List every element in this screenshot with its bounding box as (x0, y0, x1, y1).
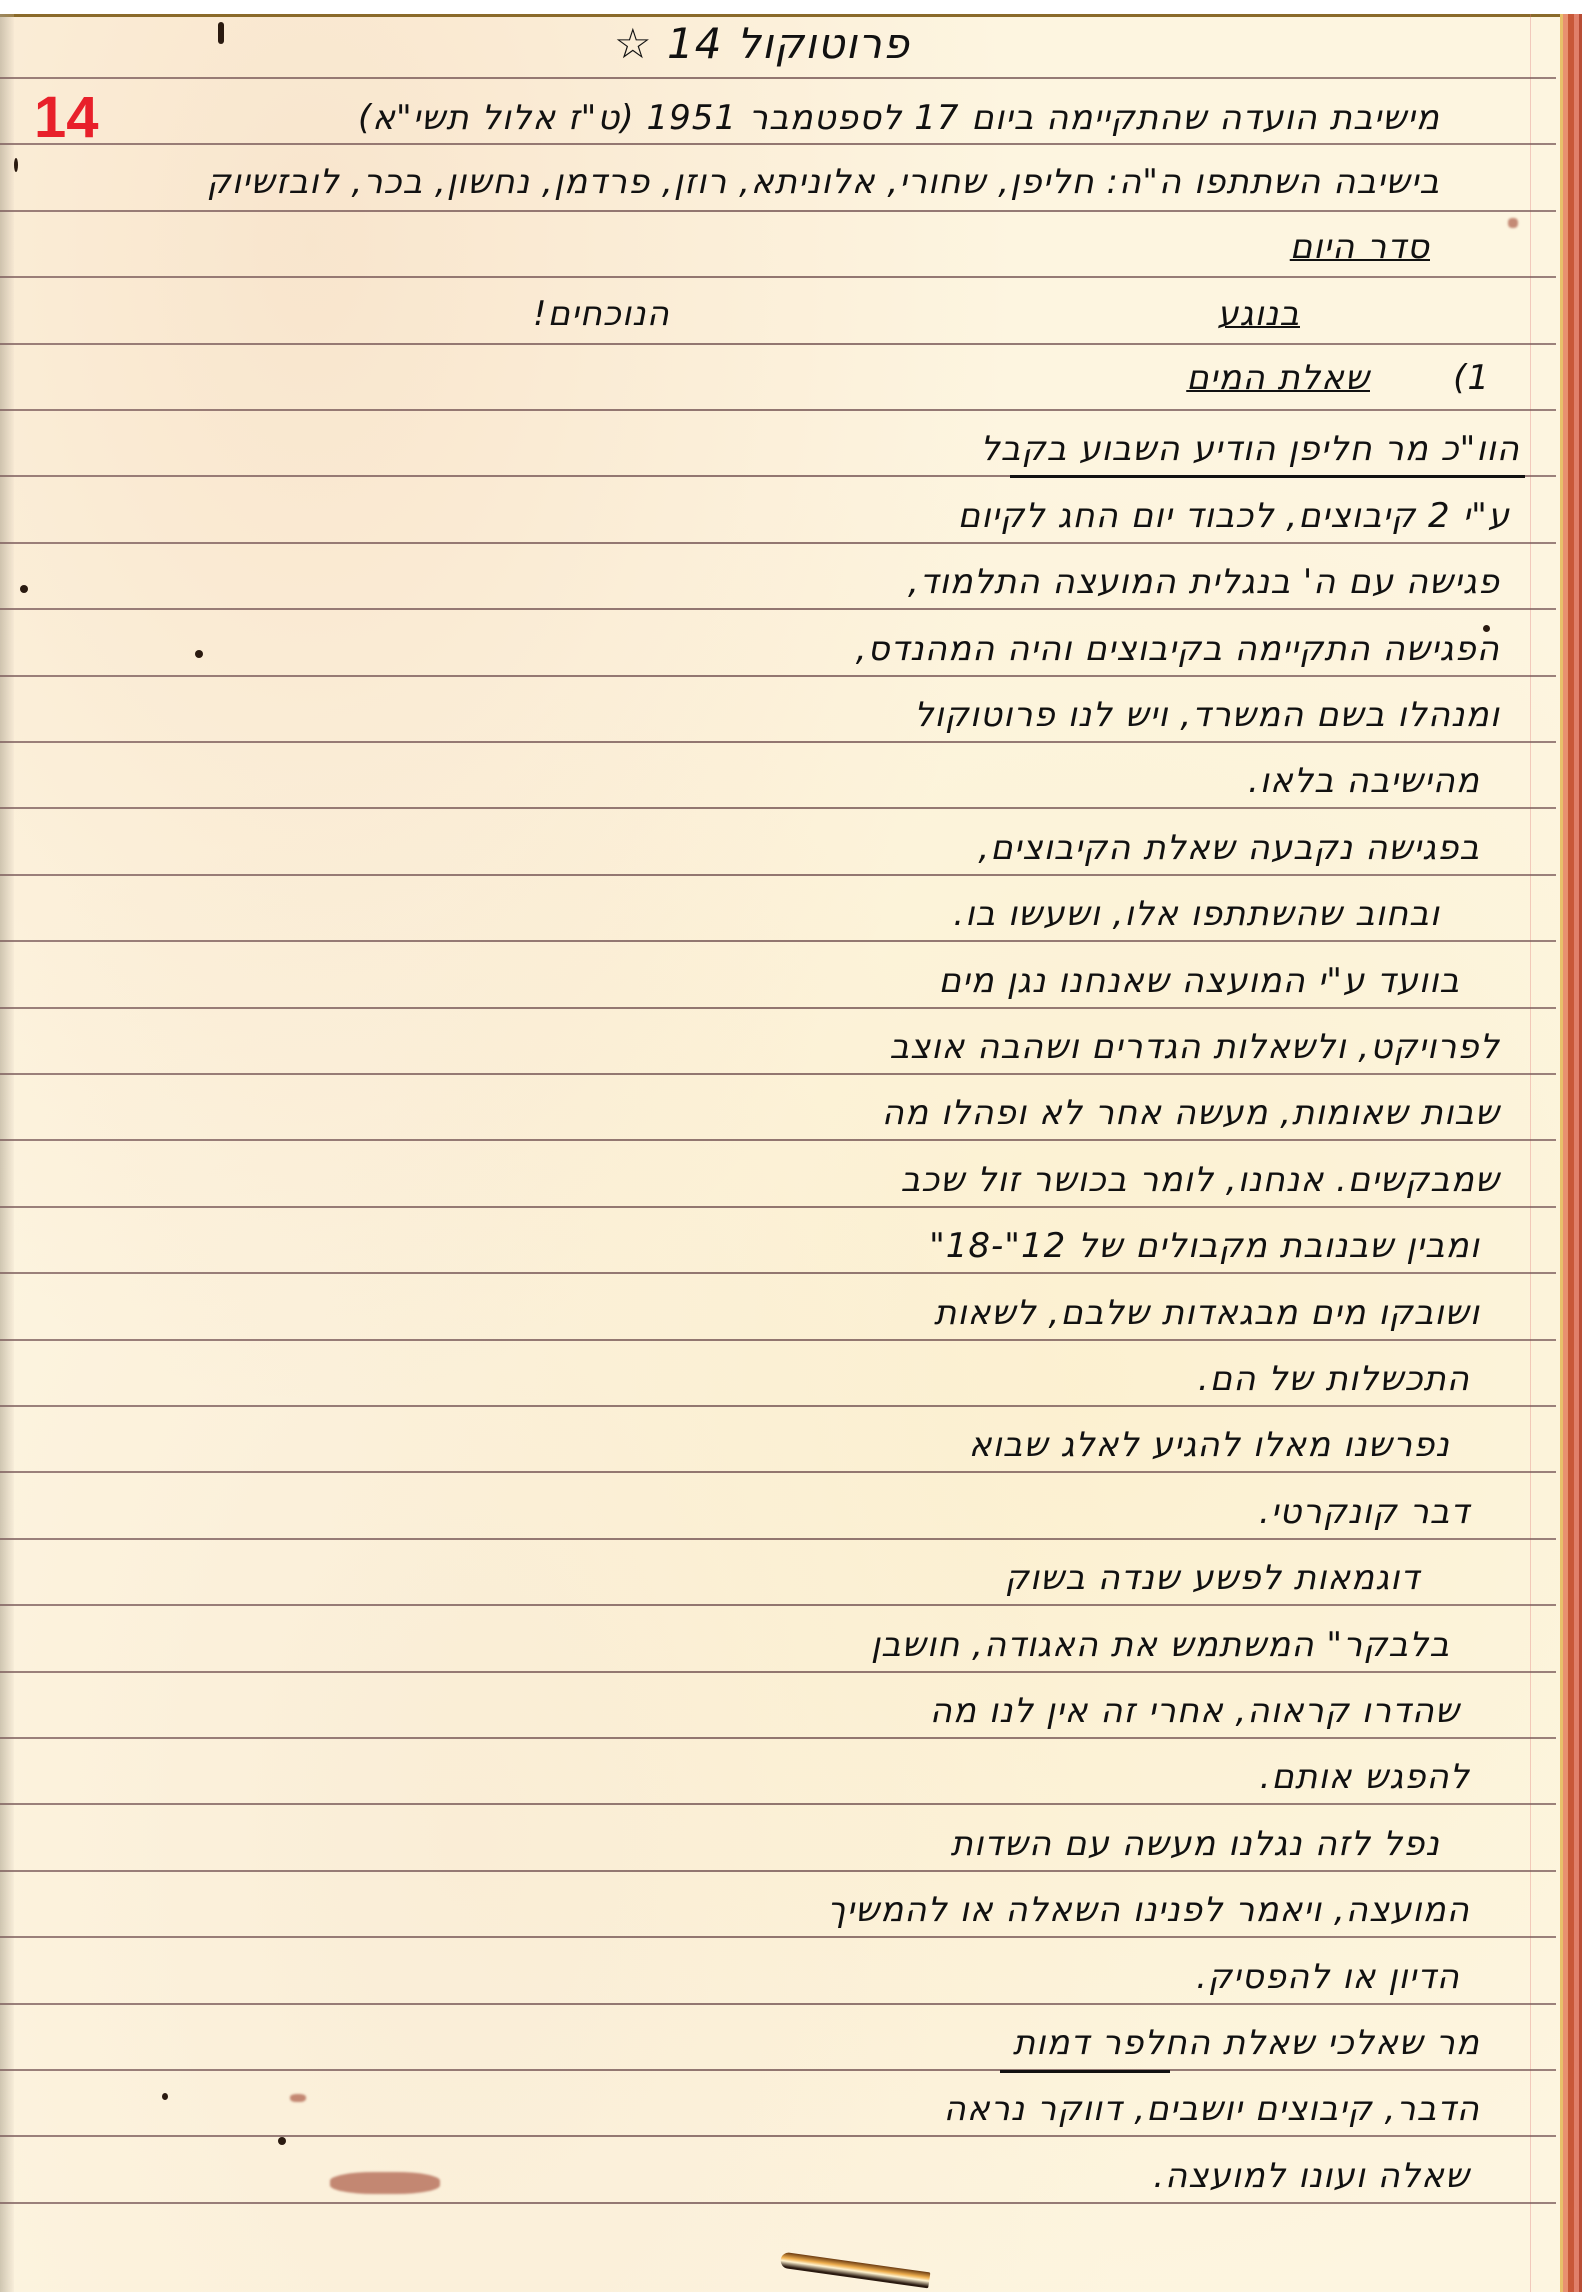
minutes-line: נפרשנו מאלו להגיע לאלג שבוא (840, 1423, 1450, 1467)
ink-spot (162, 2093, 168, 2100)
minutes-line: לפרויקט, ולשאלות הגדרים ושהבה אוצב (780, 1025, 1500, 1069)
ruled-line (0, 1803, 1556, 1805)
minutes-line: להפגש אותם. (1060, 1755, 1470, 1799)
ruled-line (0, 2202, 1556, 2204)
page-number-stamp: 14 (34, 88, 99, 148)
minutes-line: בלבקר" המשתמש את האגודה, חושבן (820, 1623, 1450, 1667)
ruled-line (0, 1339, 1556, 1341)
ruled-line (0, 675, 1556, 677)
title-text: פרוטוקול 14 (667, 19, 910, 68)
minutes-line: ומנהלו בשם המשרד, ויש לנו פרוטוקול (840, 693, 1500, 737)
ruled-line (0, 1007, 1556, 1009)
minutes-line: בפגישה נקבעה שאלת הקיבוצים, (850, 826, 1480, 870)
ruled-line (0, 2069, 1556, 2071)
minutes-line: שאלה ועונו למועצה. (1050, 2154, 1470, 2198)
minutes-line: שמבקשים. אנחנו, לומר בכושר זול שכב (800, 1158, 1500, 1202)
attendees-label: הנוכחים! (500, 292, 670, 336)
margin-line (1530, 14, 1531, 2292)
ruled-line (0, 343, 1556, 345)
ruled-line (0, 807, 1556, 809)
minutes-line: התכשלות של הם. (1040, 1357, 1470, 1401)
ruled-line (0, 1073, 1556, 1075)
minutes-line: מהישיבה בלאו. (1100, 759, 1480, 803)
minutes-line: מר שאלכי שאלת החלפר דמות (850, 2021, 1480, 2065)
ink-spot (278, 2137, 286, 2145)
minutes-line: הדיון או להפסיק. (1000, 1955, 1460, 1999)
ink-spot (20, 585, 28, 593)
page-left-edge (0, 14, 14, 2292)
stain (330, 2172, 440, 2194)
minutes-line: שבות שאומות, מעשה אחר לא ופהלו מה (790, 1091, 1500, 1135)
ruled-line (0, 1737, 1556, 1739)
ruled-line (0, 2003, 1556, 2005)
ruled-line (0, 1936, 1556, 1938)
ruled-line (0, 741, 1556, 743)
ink-spot (1483, 625, 1490, 632)
ruled-line (0, 1206, 1556, 1208)
attendees-line: בישיבה השתתפו ה"ה: חליפן, שחורי, אלוניתא… (120, 160, 1440, 204)
ruled-line (0, 1538, 1556, 1540)
ruled-line (0, 1671, 1556, 1673)
ruled-line (0, 77, 1556, 79)
ink-mark (14, 158, 18, 172)
meeting-date-text: מישיבת הועדה שהתקיימה ביום 17 לספטמבר 19… (646, 98, 1440, 138)
ruled-line (0, 874, 1556, 876)
minutes-line: הפגישה התקיימה בקיבוצים והיה המהנדס, (800, 627, 1500, 671)
hebrew-date: (ט"ז אלול תשי"א) (358, 98, 635, 138)
minutes-line: ומבין שבנובת מקבולים של 12"-18" (780, 1224, 1480, 1268)
ruled-line (0, 276, 1556, 278)
minutes-line: פגישה עם ה' בנגלית המועצה התלמוד, (860, 560, 1500, 604)
ruled-line (0, 1139, 1556, 1141)
minutes-line: הוו"כ מר חליפן הודיע השבוע בקבל (780, 427, 1520, 471)
section-title: שאלת המים (1140, 356, 1370, 400)
minutes-line: דבר קונקרטי. (1140, 1490, 1470, 1534)
struck-number-icon: ☆ (614, 19, 653, 68)
document-title: פרוטוקול 14 ☆ (640, 22, 910, 66)
agenda-heading: סדר היום (1180, 225, 1430, 269)
ruled-line (0, 1471, 1556, 1473)
ink-mark (218, 22, 224, 44)
ink-spot (195, 650, 203, 658)
ruled-line (0, 608, 1556, 610)
ruled-line (0, 542, 1556, 544)
agenda-subheading: בנוגע (1200, 292, 1300, 336)
ruled-line (0, 210, 1556, 212)
minutes-line: שהדרו קראוה, אחרי זה אין לנו מה (800, 1689, 1460, 1733)
ruled-line (0, 1604, 1556, 1606)
minutes-line: ובחוב שהשתתפו אלו, ושעשו בו. (880, 892, 1440, 936)
underline-mark (1000, 2070, 1170, 2073)
page-binding-edge (1560, 14, 1582, 2292)
underline-mark (1010, 475, 1525, 478)
stain (290, 2094, 306, 2102)
ruled-line (0, 2135, 1556, 2137)
minutes-line: ושובקו מים מבגאדות שלבם, לשאות (800, 1291, 1480, 1335)
ruled-line (0, 409, 1556, 411)
ruled-line (0, 1405, 1556, 1407)
minutes-line: המועצה, ויאמר לפנינו השאלה או להמשיך (780, 1888, 1470, 1932)
stain (1508, 218, 1518, 228)
ruled-line (0, 1272, 1556, 1274)
meeting-date-line: מישיבת הועדה שהתקיימה ביום 17 לספטמבר 19… (110, 96, 1440, 140)
minutes-line: ע"י 2 קיבוצים, לכבוד יום החג לקיום (770, 494, 1510, 538)
ruled-line (0, 1870, 1556, 1872)
ruled-line (0, 940, 1556, 942)
minutes-line: נפל לזה נגלנו מעשה עם השדות (780, 1822, 1440, 1866)
section-number: 1) (1380, 356, 1490, 400)
minutes-line: הדבר, קיבוצים יושבים, דווקר נראה (800, 2087, 1480, 2131)
ruled-line (0, 143, 1556, 145)
minutes-line: דוגמאות לפשע שנדה בשוק (820, 1556, 1420, 1600)
minutes-line: בוועד ע"י המועצה שאנחנו נגן מים (880, 959, 1460, 1003)
